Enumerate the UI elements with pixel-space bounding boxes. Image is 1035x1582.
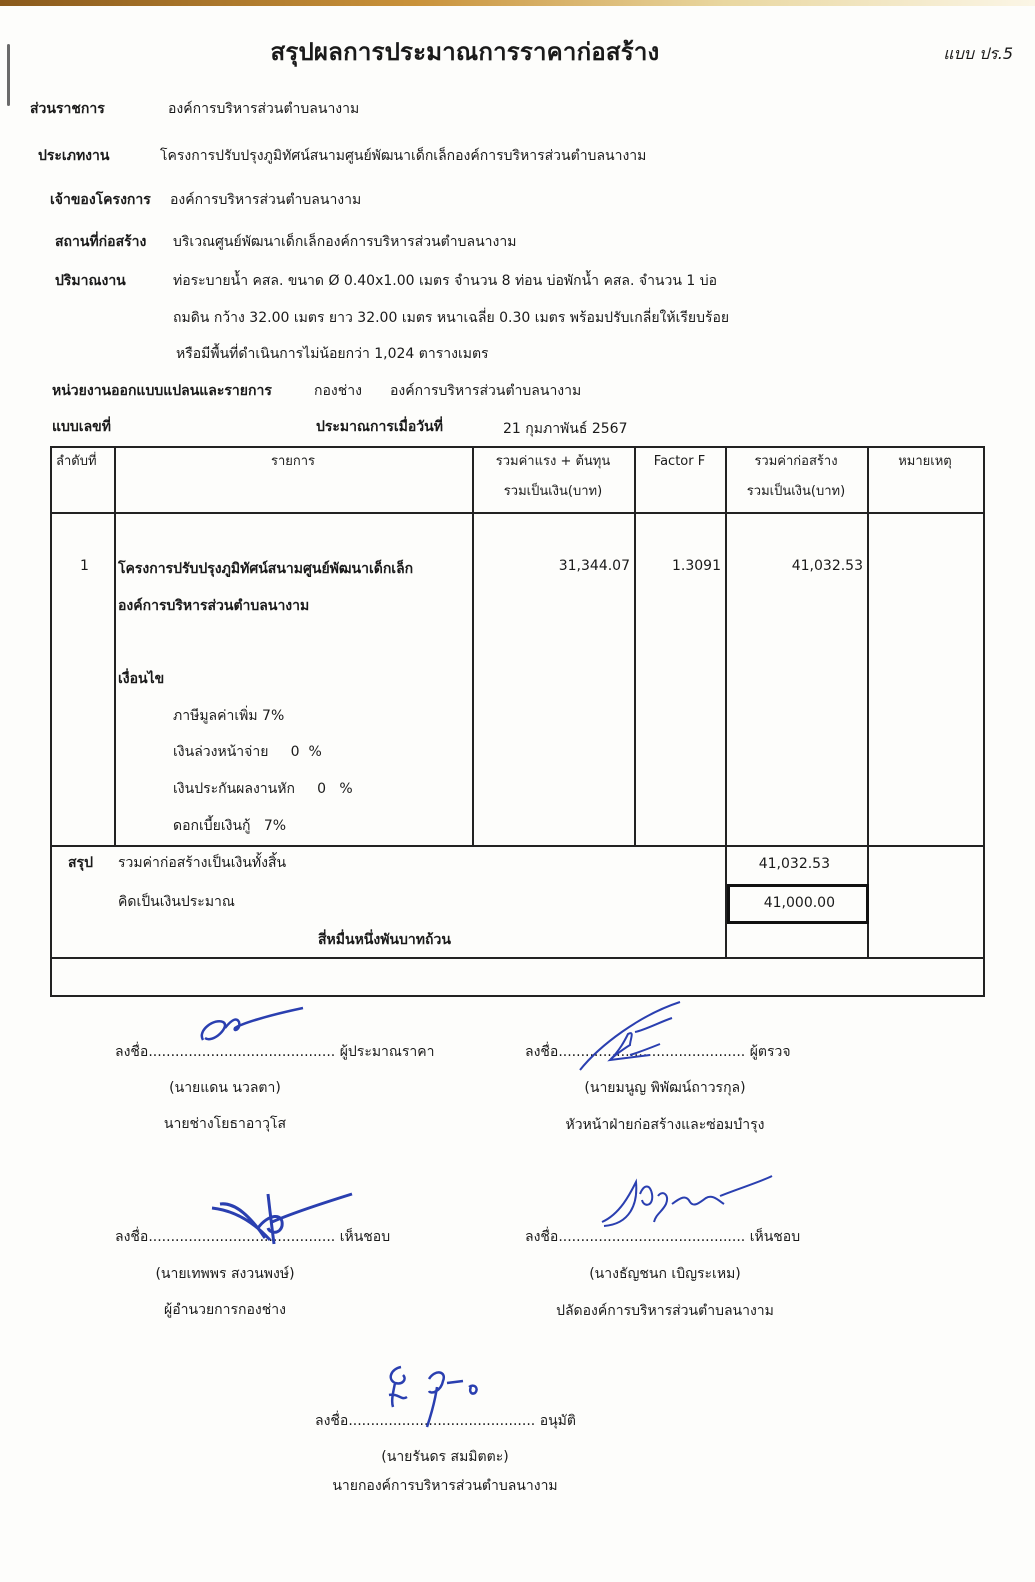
header-cost-2: รวมเป็นเงิน(บาท) — [472, 478, 634, 506]
page-title: สรุปผลการประมาณการราคาก่อสร้าง — [0, 32, 930, 71]
row-divider — [52, 957, 983, 959]
summary-total-value: 41,032.53 — [725, 856, 830, 872]
summary-total-label: รวมค่าก่อสร้างเป็นเงินทั้งสิ้น — [118, 852, 286, 874]
work-type-label: ประเภทงาน — [38, 145, 109, 167]
signer-position: นายกองค์การบริหารส่วนตำบลนางาม — [300, 1475, 590, 1497]
signature-mark — [195, 1008, 315, 1048]
owner-label: เจ้าของโครงการ — [50, 189, 151, 211]
signer-name: (นายเทพพร สงวนพงษ์) — [100, 1263, 350, 1285]
plan-no-label: แบบเลขที่ — [52, 416, 111, 438]
estimate-table: ลำดับที่ รายการ รวมค่าแรง + ต้นทุน รวมเป… — [50, 446, 985, 997]
sign-role: ผู้ประมาณราคา — [340, 1044, 435, 1060]
header-no: ลำดับที่ — [56, 448, 114, 476]
form-code: แบบ ปร.5 — [943, 42, 1013, 67]
sign-role: ผู้ตรวจ — [750, 1044, 791, 1060]
col-divider — [867, 448, 869, 958]
condition-advance: เงินล่วงหน้าจ่าย 0 % — [173, 741, 322, 763]
row-divider — [52, 512, 983, 514]
agency-label: ส่วนราชการ — [30, 98, 105, 120]
location-value: บริเวณศูนย์พัฒนาเด็กเล็กองค์การบริหารส่ว… — [173, 231, 516, 253]
owner-value: องค์การบริหารส่วนตำบลนางาม — [170, 189, 361, 211]
summary-in-words: สี่หมื่นหนึ่งพันบาทถ้วน — [318, 929, 451, 951]
row-total: 41,032.53 — [725, 558, 863, 574]
sign-prefix: ลงชื่อ — [525, 1044, 558, 1060]
summary-approx-value: 41,000.00 — [725, 895, 835, 911]
row-item-line-1: โครงการปรับปรุงภูมิทัศน์สนามศูนย์พัฒนาเด… — [118, 558, 413, 580]
signer-position: หัวหน้าฝ่ายก่อสร้างและซ่อมบำรุง — [520, 1114, 810, 1136]
row-no: 1 — [80, 558, 89, 574]
summary-approx-label: คิดเป็นเงินประมาณ — [118, 891, 235, 913]
sign-prefix: ลงชื่อ — [525, 1229, 558, 1245]
condition-retention: เงินประกันผลงานหัก 0 % — [173, 778, 353, 800]
signer-position: ผู้อำนวยการกองช่าง — [100, 1299, 350, 1321]
header-remark: หมายเหตุ — [867, 448, 983, 476]
work-type-value: โครงการปรับปรุงภูมิทัศน์สนามศูนย์พัฒนาเด… — [160, 145, 646, 167]
design-unit-label: หน่วยงานออกแบบแปลนและรายการ — [52, 380, 272, 402]
signature-mark — [385, 1365, 495, 1430]
summary-label: สรุป — [68, 852, 93, 874]
design-unit-value-2: องค์การบริหารส่วนตำบลนางาม — [390, 380, 581, 402]
signer-name: (นายแดน นวลตา) — [100, 1077, 350, 1099]
sign-prefix: ลงชื่อ — [115, 1044, 148, 1060]
quantity-label: ปริมาณงาน — [55, 270, 126, 292]
signer-name: (นายมนูญ พิพัฒน์ถาวรกุล) — [520, 1077, 810, 1099]
col-divider — [725, 448, 727, 958]
header-total-1: รวมค่าก่อสร้าง — [725, 448, 867, 476]
row-factor: 1.3091 — [634, 558, 721, 574]
header-item: รายการ — [114, 448, 472, 476]
row-divider — [52, 845, 983, 847]
location-label: สถานที่ก่อสร้าง — [55, 231, 146, 253]
signature-mark — [600, 1174, 780, 1244]
agency-value: องค์การบริหารส่วนตำบลนางาม — [168, 98, 359, 120]
header-total-2: รวมเป็นเงิน(บาท) — [725, 478, 867, 506]
quantity-line-1: ท่อระบายน้ำ คสล. ขนาด Ø 0.40x1.00 เมตร จ… — [173, 270, 717, 292]
signer-position: นายช่างโยธาอาวุโส — [100, 1113, 350, 1135]
signer-name: (นายรันดร สมมิตตะ) — [300, 1446, 590, 1468]
quantity-line-3: หรือมีพื้นที่ดำเนินการไม่น้อยกว่า 1,024 … — [176, 343, 489, 365]
header-factor: Factor F — [634, 448, 725, 476]
signer-name: (นางธัญชนก เบิญระเหม) — [520, 1263, 810, 1285]
condition-vat: ภาษีมูลค่าเพิ่ม 7% — [173, 705, 284, 727]
col-divider — [634, 448, 636, 846]
col-divider — [472, 448, 474, 846]
estimate-date-label: ประมาณการเมื่อวันที่ — [316, 416, 443, 438]
conditions-title: เงื่อนไข — [118, 668, 164, 690]
sign-prefix: ลงชื่อ — [315, 1413, 348, 1429]
sign-prefix: ลงชื่อ — [115, 1229, 148, 1245]
row-cost: 31,344.07 — [472, 558, 630, 574]
row-item-line-2: องค์การบริหารส่วนตำบลนางาม — [118, 595, 309, 617]
header-cost-1: รวมค่าแรง + ต้นทุน — [472, 448, 634, 476]
sign-role: อนุมัติ — [540, 1413, 576, 1429]
design-unit-value-1: กองช่าง — [314, 380, 362, 402]
scan-edge — [0, 0, 1035, 6]
signature-mark — [580, 1000, 690, 1075]
condition-interest: ดอกเบี้ยเงินกู้ 7% — [173, 815, 286, 837]
signer-position: ปลัดองค์การบริหารส่วนตำบลนางาม — [520, 1300, 810, 1322]
quantity-line-2: ถมดิน กว้าง 32.00 เมตร ยาว 32.00 เมตร หน… — [173, 307, 729, 329]
estimate-date-value: 21 กุมภาพันธ์ 2567 — [503, 418, 627, 440]
signature-mark — [210, 1188, 360, 1248]
col-divider — [114, 448, 116, 846]
